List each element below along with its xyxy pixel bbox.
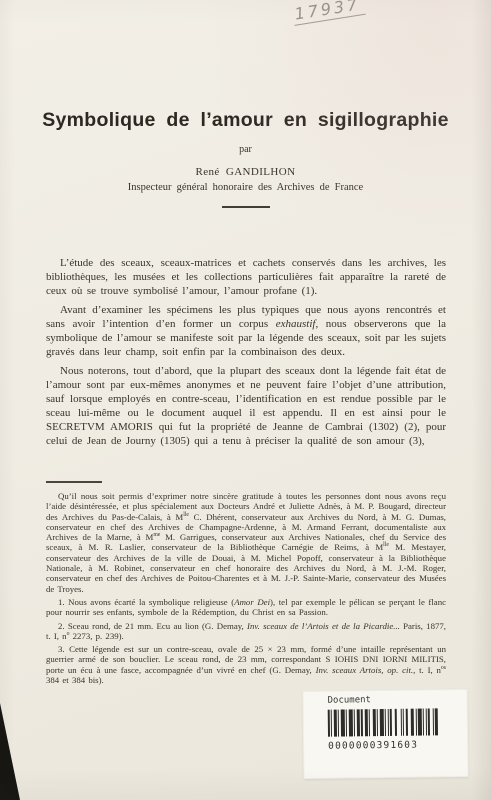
article-body: L’étude des sceaux, sceaux-matrices et c… (46, 256, 446, 453)
byline: par (0, 144, 491, 155)
author-role: Inspecteur général honoraire des Archive… (0, 182, 491, 193)
library-label-sticker: Document 0000000391603 (302, 689, 468, 779)
footnotes: Qu’il nous soit permis d’exprimer notre … (46, 491, 446, 688)
author-name: René GANDILHON (0, 166, 491, 178)
footnote-3: 3. Cette légende est sur un contre-sceau… (46, 644, 446, 685)
footnote-divider (46, 481, 102, 483)
body-paragraph-3: Nous noterons, tout d’abord, que la plup… (46, 364, 446, 448)
label-title: Document (328, 695, 371, 706)
article-title: Symbolique de l’amour en sigillographie (0, 109, 491, 132)
body-paragraph-1: L’étude des sceaux, sceaux-matrices et c… (46, 256, 446, 298)
barcode-number: 0000000391603 (328, 740, 418, 752)
footnote-2: 2. Sceau rond, de 21 mm. Ecu au lion (G.… (46, 621, 446, 642)
acknowledgment-note: Qu’il nous soit permis d’exprimer notre … (46, 491, 446, 594)
footnote-1: 1. Nous avons écarté la symbolique relig… (46, 597, 446, 618)
title-divider (222, 206, 270, 208)
body-paragraph-2: Avant d’examiner les spécimens les plus … (46, 303, 446, 359)
scanned-page: 17937 Symbolique de l’amour en sigillogr… (0, 0, 491, 800)
scan-corner-shadow (0, 703, 20, 800)
handwritten-accession-number: 17937 (291, 0, 365, 26)
barcode (328, 708, 444, 736)
title-block: Symbolique de l’amour en sigillographie … (0, 109, 491, 208)
